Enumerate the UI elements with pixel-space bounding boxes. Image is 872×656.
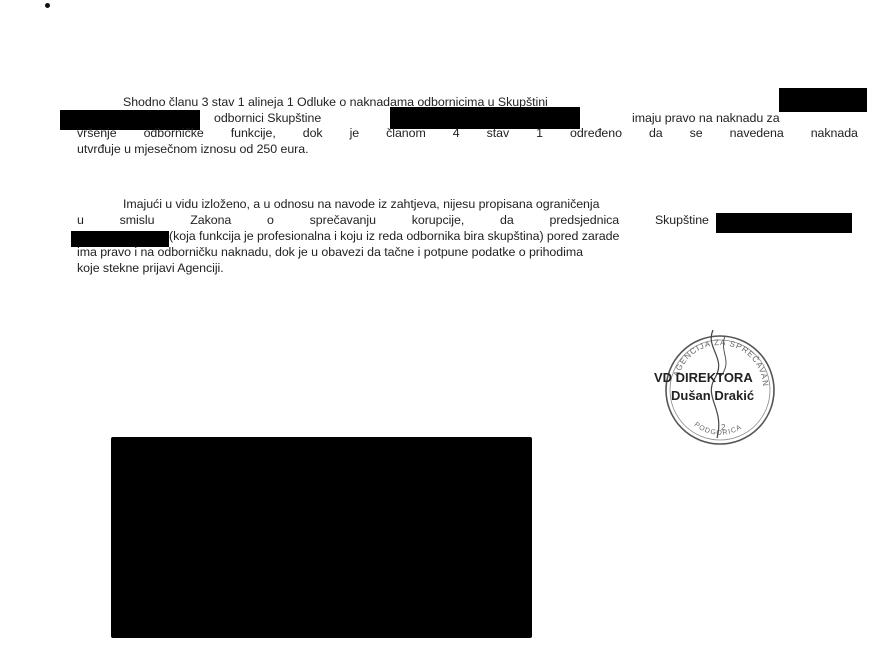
- word: dok: [303, 125, 323, 141]
- word: o: [267, 212, 274, 228]
- signature-name: Dušan Drakić: [671, 388, 754, 403]
- redaction-block: [716, 213, 852, 233]
- word: sprečavanju: [310, 212, 376, 228]
- p1-line2-a: odbornici Skupštine: [214, 110, 321, 126]
- word: Skupštine: [655, 212, 709, 228]
- p1-line4: utvrđuje u mjesečnom iznosu od 250 eura.: [77, 141, 309, 157]
- word: članom: [386, 125, 426, 141]
- p2-line4: ima pravo i na odborničku naknadu, dok j…: [77, 244, 583, 260]
- document-page: Shodno članu 3 stav 1 alineja 1 Odluke o…: [0, 0, 872, 656]
- p1-line2-b: imaju pravo na naknadu za: [632, 110, 780, 126]
- word: stav: [487, 125, 510, 141]
- p2-line1: Imajući u vidu izloženo, a u odnosu na n…: [123, 196, 599, 212]
- signature-title: VD DIREKTORA: [654, 370, 753, 385]
- word: funkcije,: [231, 125, 276, 141]
- word: naknada: [811, 125, 858, 141]
- p2-line5: koje stekne prijavi Agenciji.: [77, 260, 224, 276]
- p1-line3: vršenjeodborničkefunkcije,dokječlanom4st…: [77, 125, 858, 141]
- p2-line3: (koja funkcija je profesionalna i koju i…: [169, 228, 619, 244]
- word: predsjednica: [549, 212, 619, 228]
- word: Zakona: [190, 212, 231, 228]
- word: korupcije,: [412, 212, 465, 228]
- word: da: [500, 212, 514, 228]
- word: je: [350, 125, 360, 141]
- word: 1: [536, 125, 543, 141]
- redaction-block: [779, 88, 867, 112]
- word: vršenje: [77, 125, 117, 141]
- word: 4: [453, 125, 460, 141]
- word: smislu: [120, 212, 155, 228]
- word: da: [649, 125, 663, 141]
- svg-text:2: 2: [721, 423, 726, 432]
- word: odborničke: [144, 125, 204, 141]
- word: u: [77, 212, 84, 228]
- redaction-block-large: [111, 437, 532, 638]
- word: navedena: [730, 125, 784, 141]
- word: određeno: [570, 125, 622, 141]
- word: se: [690, 125, 703, 141]
- p2-line2: usmisluZakonaosprečavanjukorupcije,dapre…: [77, 212, 709, 228]
- scan-speck: [45, 3, 50, 8]
